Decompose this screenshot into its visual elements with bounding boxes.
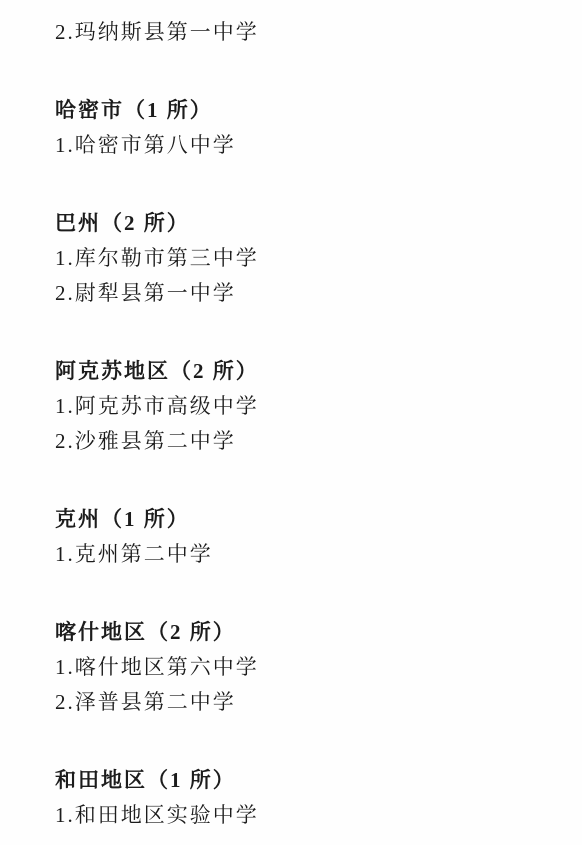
region-heading: 喀什地区（2 所）	[55, 615, 552, 650]
school-list-item: 2.玛纳斯县第一中学	[55, 15, 552, 50]
school-list-item: 1.哈密市第八中学	[55, 128, 552, 163]
document-page: 2.玛纳斯县第一中学 哈密市（1 所） 1.哈密市第八中学 巴州（2 所） 1.…	[0, 0, 582, 845]
region-group-hetian: 和田地区（1 所） 1.和田地区实验中学	[55, 763, 552, 833]
school-list-item: 1.阿克苏市高级中学	[55, 389, 552, 424]
school-list-item: 2.泽普县第二中学	[55, 685, 552, 720]
school-list-item: 2.沙雅县第二中学	[55, 424, 552, 459]
region-heading: 阿克苏地区（2 所）	[55, 354, 552, 389]
region-heading: 巴州（2 所）	[55, 206, 552, 241]
region-heading: 哈密市（1 所）	[55, 93, 552, 128]
school-list-item: 1.喀什地区第六中学	[55, 650, 552, 685]
school-list-item: 2.尉犁县第一中学	[55, 276, 552, 311]
region-group-hami: 哈密市（1 所） 1.哈密市第八中学	[55, 93, 552, 163]
region-group-bazhou: 巴州（2 所） 1.库尔勒市第三中学 2.尉犁县第一中学	[55, 206, 552, 311]
region-group-kezhou: 克州（1 所） 1.克州第二中学	[55, 502, 552, 572]
region-group-kashi: 喀什地区（2 所） 1.喀什地区第六中学 2.泽普县第二中学	[55, 615, 552, 720]
region-heading: 和田地区（1 所）	[55, 763, 552, 798]
school-list-item: 1.和田地区实验中学	[55, 798, 552, 833]
school-list-item: 1.库尔勒市第三中学	[55, 241, 552, 276]
school-list-item: 1.克州第二中学	[55, 537, 552, 572]
region-group-akesu: 阿克苏地区（2 所） 1.阿克苏市高级中学 2.沙雅县第二中学	[55, 354, 552, 459]
region-heading: 克州（1 所）	[55, 502, 552, 537]
